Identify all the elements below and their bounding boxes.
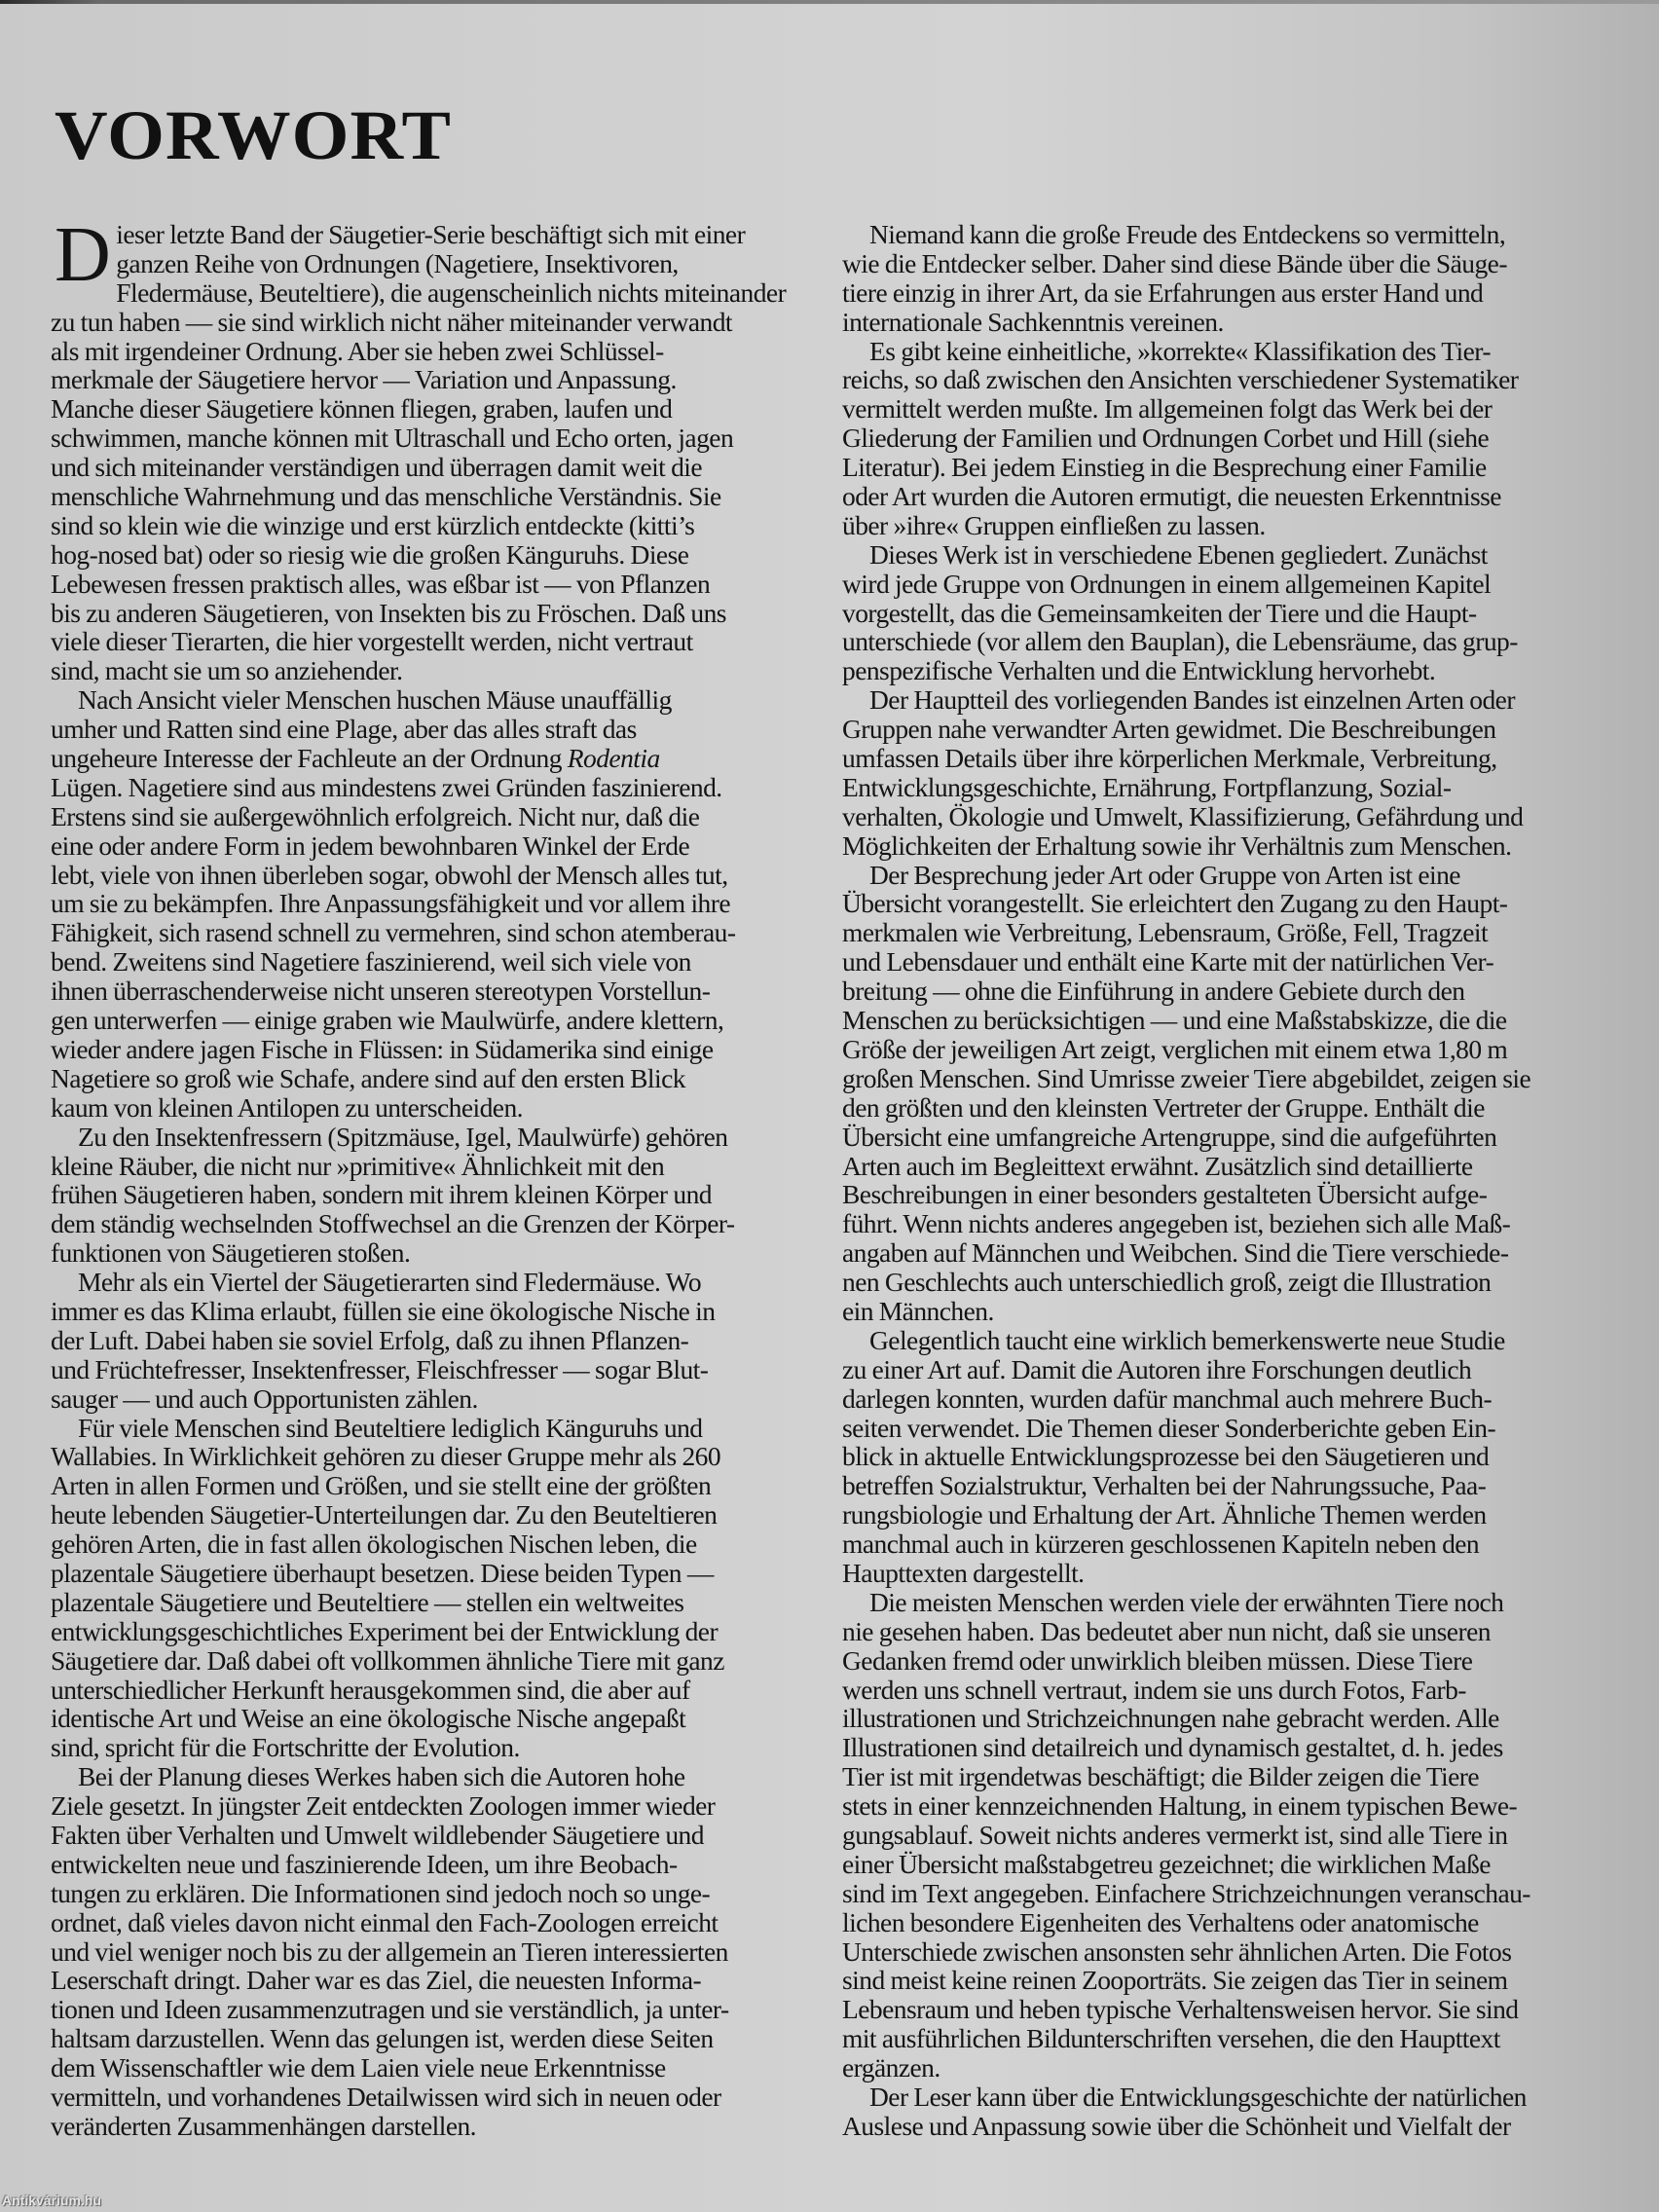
text-line: blick in aktuelle Entwicklungsprozesse b… — [842, 1442, 1621, 1471]
paragraph-start: Dieses Werk ist in verschiedene Ebenen g… — [842, 540, 1621, 570]
paragraph-start: Nach Ansicht vieler Menschen huschen Mäu… — [51, 685, 829, 715]
text-line: plazentale Säugetiere und Beuteltiere — … — [51, 1588, 829, 1617]
text-line: manchmal auch in kürzeren geschlossenen … — [842, 1530, 1621, 1559]
text-line: als mit irgendeiner Ordnung. Aber sie he… — [51, 337, 829, 366]
text-line: dem Wissenschaftler wie dem Laien viele … — [51, 2053, 829, 2083]
text-line: Gruppen nahe verwandter Arten gewidmet. … — [842, 715, 1621, 744]
text-line: illustrationen und Strichzeichnungen nah… — [842, 1704, 1621, 1733]
text-line: einer Übersicht maßstabgetreu gezeichnet… — [842, 1850, 1621, 1879]
text-line: merkmale der Säugetiere hervor — Variati… — [51, 365, 829, 394]
text-line: Leserschaft dringt. Daher war es das Zie… — [51, 1966, 829, 1995]
text-line: zu einer Art auf. Damit die Autoren ihre… — [842, 1355, 1621, 1384]
text-line: und viel weniger noch bis zu der allgeme… — [51, 1937, 829, 1967]
text-line: tionen und Ideen zusammenzutragen und si… — [51, 1995, 829, 2024]
text-line: sind meist keine reinen Zooporträts. Sie… — [842, 1966, 1621, 1995]
text-line: ergänzen. — [842, 2053, 1621, 2083]
text-line: kleine Räuber, die nicht nur »primitive«… — [51, 1152, 829, 1181]
text-line: sind, spricht für die Fortschritte der E… — [51, 1733, 829, 1762]
text-line: Haupttexten dargestellt. — [842, 1559, 1621, 1588]
text-line: breitung — ohne die Einführung in andere… — [842, 977, 1621, 1006]
text-line: sind, macht sie um so anziehender. — [51, 656, 829, 685]
paragraph-start: Der Hauptteil des vorliegenden Bandes is… — [842, 685, 1621, 715]
text-line: ungeheure Interesse der Fachleute an der… — [51, 744, 829, 773]
text-line: und sich miteinander verständigen und üb… — [51, 453, 829, 482]
paragraph-start: Zu den Insektenfressern (Spitzmäuse, Ige… — [51, 1123, 829, 1152]
text-line: Arten in allen Formen und Größen, und si… — [51, 1471, 829, 1500]
text-line: werden uns schnell vertraut, indem sie u… — [842, 1676, 1621, 1705]
text-line: Fähigkeit, sich rasend schnell zu vermeh… — [51, 918, 829, 947]
page-top-edge — [0, 0, 1659, 4]
text-line: umher und Ratten sind eine Plage, aber d… — [51, 715, 829, 744]
text-line: Nagetiere so groß wie Schafe, andere sin… — [51, 1064, 829, 1093]
text-line: ein Männchen. — [842, 1297, 1621, 1326]
text-line: den größten und den kleinsten Vertreter … — [842, 1093, 1621, 1123]
text-line: ganzen Reihe von Ordnungen (Nagetiere, I… — [51, 249, 829, 278]
text-line: Erstens sind sie außergewöhnlich erfolgr… — [51, 802, 829, 831]
text-line: umfassen Details über ihre körperlichen … — [842, 744, 1621, 773]
text-line: mit ausführlichen Bildunterschriften ver… — [842, 2024, 1621, 2053]
text-line: immer es das Klima erlaubt, füllen sie e… — [51, 1297, 829, 1326]
paragraph-start: Die meisten Menschen werden viele der er… — [842, 1588, 1621, 1617]
text-line: vorgestellt, das die Gemeinsamkeiten der… — [842, 599, 1621, 628]
text-line: Auslese und Anpassung sowie über die Sch… — [842, 2112, 1621, 2141]
text-line: Größe der jeweiligen Art zeigt, verglich… — [842, 1035, 1621, 1064]
text-line: wieder andere jagen Fische in Flüssen: i… — [51, 1035, 829, 1064]
text-line: entwicklungsgeschichtliches Experiment b… — [51, 1617, 829, 1646]
text-line: frühen Säugetieren haben, sondern mit ih… — [51, 1180, 829, 1209]
paragraph-start: Gelegentlich taucht eine wirklich bemerk… — [842, 1326, 1621, 1355]
text-line: Beschreibungen in einer besonders gestal… — [842, 1180, 1621, 1209]
text-line: oder Art wurden die Autoren ermutigt, di… — [842, 482, 1621, 511]
text-line: vermitteln, und vorhandenes Detailwissen… — [51, 2083, 829, 2112]
text-line: Tier ist mit irgendetwas beschäftigt; di… — [842, 1762, 1621, 1791]
text-line: Lebewesen fressen praktisch alles, was e… — [51, 570, 829, 599]
text-line: tiere einzig in ihrer Art, da sie Erfahr… — [842, 278, 1621, 308]
text-line: haltsam darzustellen. Wenn das gelungen … — [51, 2024, 829, 2053]
text-line: eine oder andere Form in jedem bewohnbar… — [51, 831, 829, 861]
text-line: führt. Wenn nichts anderes angegeben ist… — [842, 1209, 1621, 1238]
text-line: Manche dieser Säugetiere können fliegen,… — [51, 394, 829, 424]
page-title: VORWORT — [55, 95, 452, 176]
text-line: unterschiede (vor allem den Bauplan), di… — [842, 627, 1621, 656]
paragraph-start: Mehr als ein Viertel der Säugetierarten … — [51, 1268, 829, 1297]
text-line: merkmalen wie Verbreitung, Lebensraum, G… — [842, 918, 1621, 947]
text-line: tungen zu erklären. Die Informationen si… — [51, 1879, 829, 1908]
paragraph-start: Niemand kann die große Freude des Entdec… — [842, 220, 1621, 249]
text-line: Lügen. Nagetiere sind aus mindestens zwe… — [51, 773, 829, 802]
text-line: lebt, viele von ihnen überleben sogar, o… — [51, 861, 829, 890]
right-text-column: Niemand kann die große Freude des Entdec… — [842, 220, 1621, 2141]
text-line: Literatur). Bei jedem Einstieg in die Be… — [842, 453, 1621, 482]
text-line: betreffen Sozialstruktur, Verhalten bei … — [842, 1471, 1621, 1500]
text-line: wird jede Gruppe von Ordnungen in einem … — [842, 570, 1621, 599]
text-line: seiten verwendet. Die Themen dieser Sond… — [842, 1414, 1621, 1443]
text-line: um sie zu bekämpfen. Ihre Anpassungsfähi… — [51, 889, 829, 918]
text-line: Wallabies. In Wirklichkeit gehören zu di… — [51, 1442, 829, 1471]
text-line: Arten auch im Begleittext erwähnt. Zusät… — [842, 1152, 1621, 1181]
text-line: gehören Arten, die in fast allen ökologi… — [51, 1530, 829, 1559]
text-line: vermittelt werden mußte. Im allgemeinen … — [842, 394, 1621, 424]
text-line: ihnen überraschenderweise nicht unseren … — [51, 977, 829, 1006]
text-line: nie gesehen haben. Das bedeutet aber nun… — [842, 1617, 1621, 1646]
text-line: Fakten über Verhalten und Umwelt wildleb… — [51, 1821, 829, 1850]
text-line: Möglichkeiten der Erhaltung sowie ihr Ve… — [842, 831, 1621, 861]
text-line: heute lebenden Säugetier-Unterteilungen … — [51, 1500, 829, 1530]
paragraph-start: Es gibt keine einheitliche, »korrekte« K… — [842, 337, 1621, 366]
text-line: gungsablauf. Soweit nichts anderes verme… — [842, 1821, 1621, 1850]
text-line: Entwicklungsgeschichte, Ernährung, Fortp… — [842, 773, 1621, 802]
text-line: und Früchtefresser, Insektenfresser, Fle… — [51, 1355, 829, 1384]
text-line: bend. Zweitens sind Nagetiere fasziniere… — [51, 947, 829, 977]
text-line: angaben auf Männchen und Weibchen. Sind … — [842, 1238, 1621, 1268]
text-line: rungsbiologie und Erhaltung der Art. Ähn… — [842, 1500, 1621, 1530]
text-line: menschliche Wahrnehmung und das menschli… — [51, 482, 829, 511]
text-line: Säugetiere dar. Daß dabei oft vollkommen… — [51, 1646, 829, 1676]
text-line: viele dieser Tierarten, die hier vorgest… — [51, 627, 829, 656]
text-line: reichs, so daß zwischen den Ansichten ve… — [842, 365, 1621, 394]
text-line: kaum von kleinen Antilopen zu unterschei… — [51, 1093, 829, 1123]
text-line: sind so klein wie die winzige und erst k… — [51, 511, 829, 540]
italic-term: Rodentia — [568, 743, 660, 773]
left-text-column: D ieser letzte Band der Säugetier-Serie … — [51, 220, 829, 2141]
text-line: internationale Sachkenntnis vereinen. — [842, 308, 1621, 337]
text-line: Übersicht eine umfangreiche Artengruppe,… — [842, 1123, 1621, 1152]
text-line: sind im Text angegeben. Einfachere Stric… — [842, 1879, 1621, 1908]
text-line: ieser letzte Band der Säugetier-Serie be… — [51, 220, 829, 249]
text-line: nen Geschlechts auch unterschiedlich gro… — [842, 1268, 1621, 1297]
paragraph-start: Der Leser kann über die Entwicklungsgesc… — [842, 2083, 1621, 2112]
text-line: identische Art und Weise an eine ökologi… — [51, 1704, 829, 1733]
text-line: Gedanken fremd oder unwirklich bleiben m… — [842, 1646, 1621, 1676]
text-line: Lebensraum und heben typische Verhaltens… — [842, 1995, 1621, 2024]
text-line: Illustrationen sind detailreich und dyna… — [842, 1733, 1621, 1762]
text-line: funktionen von Säugetieren stoßen. — [51, 1238, 829, 1268]
text-line: Fledermäuse, Beuteltiere), die augensche… — [51, 278, 829, 308]
text-line: lichen besondere Eigenheiten des Verhalt… — [842, 1908, 1621, 1937]
text-line: Gliederung der Familien und Ordnungen Co… — [842, 424, 1621, 453]
text-line: der Luft. Dabei haben sie soviel Erfolg,… — [51, 1326, 829, 1355]
text-line: zu tun haben — sie sind wirklich nicht n… — [51, 308, 829, 337]
text-line: hog-nosed bat) oder so riesig wie die gr… — [51, 540, 829, 570]
text-line: Menschen zu berücksichtigen — und eine M… — [842, 1006, 1621, 1035]
text-line: gen unterwerfen — einige graben wie Maul… — [51, 1006, 829, 1035]
text-line: bis zu anderen Säugetieren, von Insekten… — [51, 599, 829, 628]
text-fragment: ungeheure Interesse der Fachleute an der… — [51, 743, 568, 773]
drop-cap: D — [55, 226, 110, 284]
text-line: darlegen konnten, wurden dafür manchmal … — [842, 1384, 1621, 1414]
text-line: schwimmen, manche können mit Ultraschall… — [51, 424, 829, 453]
text-line: stets in einer kennzeichnenden Haltung, … — [842, 1791, 1621, 1821]
text-line: dem ständig wechselnden Stoffwechsel an … — [51, 1209, 829, 1238]
text-line: ordnet, daß vieles davon nicht einmal de… — [51, 1908, 829, 1937]
text-line: veränderten Zusammenhängen darstellen. — [51, 2112, 829, 2141]
text-line: Ziele gesetzt. In jüngster Zeit entdeckt… — [51, 1791, 829, 1821]
text-line: und Lebensdauer und enthält eine Karte m… — [842, 947, 1621, 977]
text-line: verhalten, Ökologie und Umwelt, Klassifi… — [842, 802, 1621, 831]
text-line: großen Menschen. Sind Umrisse zweier Tie… — [842, 1064, 1621, 1093]
text-line: entwickelten neue und faszinierende Idee… — [51, 1850, 829, 1879]
paragraph-start: Bei der Planung dieses Werkes haben sich… — [51, 1762, 829, 1791]
text-line: plazentale Säugetiere überhaupt besetzen… — [51, 1559, 829, 1588]
text-line: Unterschiede zwischen ansonsten sehr ähn… — [842, 1937, 1621, 1967]
text-line: sauger — und auch Opportunisten zählen. — [51, 1384, 829, 1414]
text-line: Übersicht vorangestellt. Sie erleichtert… — [842, 889, 1621, 918]
paragraph-start: Der Besprechung jeder Art oder Gruppe vo… — [842, 861, 1621, 890]
text-line: über »ihre« Gruppen einfließen zu lassen… — [842, 511, 1621, 540]
paragraph-start: Für viele Menschen sind Beuteltiere ledi… — [51, 1414, 829, 1443]
watermark: Antikvárium.hu — [2, 2193, 101, 2208]
text-line: penspezifische Verhalten und die Entwick… — [842, 656, 1621, 685]
text-line: wie die Entdecker selber. Daher sind die… — [842, 249, 1621, 278]
text-line: unterschiedlicher Herkunft herausgekomme… — [51, 1676, 829, 1705]
